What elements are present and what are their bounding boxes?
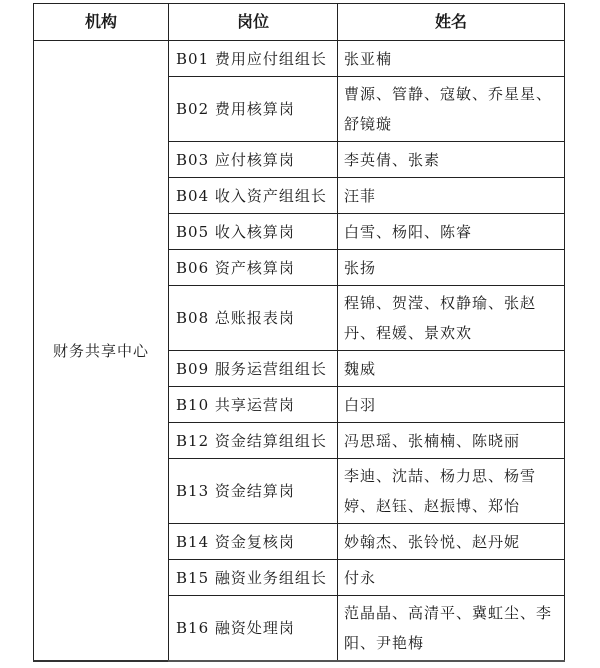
staff-roster-table: 机构 岗位 姓名 财务共享中心 B01 费用应付组组长 张亚楠 B02 费用核算… <box>33 3 565 662</box>
names-cell: 曹源、管静、寇敏、乔星星、舒镜璇 <box>338 77 565 142</box>
post-cell: B13 资金结算岗 <box>169 459 338 524</box>
post-cell: B03 应付核算岗 <box>169 142 338 178</box>
post-cell: B06 资产核算岗 <box>169 250 338 286</box>
names-cell: 白羽 <box>338 387 565 423</box>
names-cell: 张扬 <box>338 250 565 286</box>
header-names: 姓名 <box>338 4 565 41</box>
names-cell: 妙翰杰、张铃悦、赵丹妮 <box>338 524 565 560</box>
names-cell: 冯思瑶、张楠楠、陈晓丽 <box>338 423 565 459</box>
names-cell: 范晶晶、高清平、冀虹尘、李阳、尹艳梅 <box>338 596 565 662</box>
org-cell: 财务共享中心 <box>34 41 169 662</box>
names-cell: 张亚楠 <box>338 41 565 77</box>
table-header-row: 机构 岗位 姓名 <box>34 4 565 41</box>
names-cell: 魏威 <box>338 351 565 387</box>
post-cell: B12 资金结算组组长 <box>169 423 338 459</box>
post-cell: B10 共享运营岗 <box>169 387 338 423</box>
names-cell: 汪菲 <box>338 178 565 214</box>
names-cell: 李英倩、张素 <box>338 142 565 178</box>
post-cell: B05 收入核算岗 <box>169 214 338 250</box>
table-row: 财务共享中心 B01 费用应付组组长 张亚楠 <box>34 41 565 77</box>
names-cell: 李迪、沈喆、杨力思、杨雪婷、赵钰、赵振博、郑怡 <box>338 459 565 524</box>
post-cell: B09 服务运营组组长 <box>169 351 338 387</box>
post-cell: B02 费用核算岗 <box>169 77 338 142</box>
post-cell: B14 资金复核岗 <box>169 524 338 560</box>
header-post: 岗位 <box>169 4 338 41</box>
header-org: 机构 <box>34 4 169 41</box>
post-cell: B16 融资处理岗 <box>169 596 338 662</box>
names-cell: 白雪、杨阳、陈睿 <box>338 214 565 250</box>
post-cell: B15 融资业务组组长 <box>169 560 338 596</box>
post-cell: B08 总账报表岗 <box>169 286 338 351</box>
post-cell: B01 费用应付组组长 <box>169 41 338 77</box>
post-cell: B04 收入资产组组长 <box>169 178 338 214</box>
names-cell: 付永 <box>338 560 565 596</box>
names-cell: 程锦、贺滢、权静瑜、张赵丹、程媛、景欢欢 <box>338 286 565 351</box>
